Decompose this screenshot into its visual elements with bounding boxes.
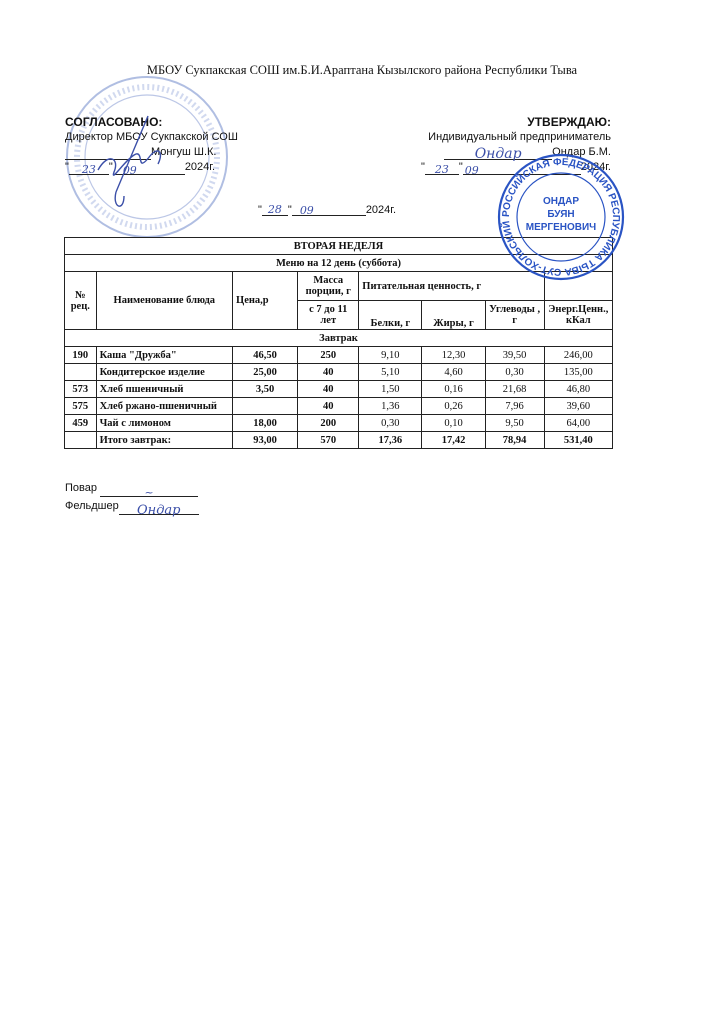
cell-fat: 0,10 <box>422 415 485 432</box>
cook-label: Повар <box>65 482 97 494</box>
cell-fat: 0,26 <box>422 398 485 415</box>
approval-right-name: Ондар Б.М. <box>552 146 611 158</box>
header-energy: Энерг.Ценн., кКал <box>544 301 612 330</box>
header-carbs: Углеводы , г <box>485 301 544 330</box>
cell-name: Хлеб пшеничный <box>96 381 232 398</box>
menu-date-year: 2024г. <box>366 204 396 216</box>
menu-rows: 190Каша "Дружба"46,502509,1012,3039,5024… <box>65 347 613 449</box>
total-row: Итого завтрак:93,0057017,3617,4278,94531… <box>65 432 613 449</box>
cell-energy: 246,00 <box>544 347 612 364</box>
approval-right-signature: Ондар <box>444 147 552 160</box>
approval-right: УТВЕРЖДАЮ: Индивидуальный предпринимател… <box>395 115 611 175</box>
cell-mass: 40 <box>298 398 359 415</box>
stamp-line-3: МЕРГЕНОВИЧ <box>526 222 596 233</box>
cell-price: 18,00 <box>233 415 298 432</box>
approval-right-day: 23 <box>425 162 459 175</box>
approval-right-position: Индивидуальный предприниматель <box>395 130 611 145</box>
medic-label: Фельдшер <box>65 500 119 512</box>
table-row: Кондитерское изделие25,00405,104,600,301… <box>65 364 613 381</box>
cell-no <box>65 432 97 449</box>
cell-mass: 200 <box>298 415 359 432</box>
cell-mass: 570 <box>298 432 359 449</box>
cell-price: 93,00 <box>233 432 298 449</box>
header-dish-name: Наименование блюда <box>96 272 232 330</box>
menu-table: ВТОРАЯ НЕДЕЛЯ Меню на 12 день (суббота) … <box>64 237 613 449</box>
footer-signatures: Повар ~ ФельдшерОндар <box>65 479 199 515</box>
cell-price: 46,50 <box>233 347 298 364</box>
cell-name: Кондитерское изделие <box>96 364 232 381</box>
cell-carbs: 0,30 <box>485 364 544 381</box>
medic-signature: Ондар <box>119 502 199 515</box>
cell-name: Хлеб ржано-пшеничный <box>96 398 232 415</box>
cell-name: Чай с лимоном <box>96 415 232 432</box>
menu-date-day: 28 <box>262 203 288 216</box>
cook-signature: ~ <box>100 484 198 497</box>
cell-protein: 0,30 <box>359 415 422 432</box>
cell-name: Итого завтрак: <box>96 432 232 449</box>
cell-protein: 17,36 <box>359 432 422 449</box>
week-title: ВТОРАЯ НЕДЕЛЯ <box>65 238 613 255</box>
cell-protein: 1,50 <box>359 381 422 398</box>
header-age: с 7 до 11 лет <box>298 301 359 330</box>
approval-right-month: 09 <box>463 163 581 175</box>
table-row: 575Хлеб ржано-пшеничный401,360,267,9639,… <box>65 398 613 415</box>
header-recipe-no: № рец. <box>65 272 97 330</box>
cell-carbs: 39,50 <box>485 347 544 364</box>
cell-energy: 135,00 <box>544 364 612 381</box>
menu-date-month: 09 <box>292 204 366 216</box>
cell-fat: 4,60 <box>422 364 485 381</box>
cell-energy: 46,80 <box>544 381 612 398</box>
menu-day-title: Меню на 12 день (суббота) <box>65 255 613 272</box>
cell-no: 459 <box>65 415 97 432</box>
approval-right-title: УТВЕРЖДАЮ: <box>395 115 611 130</box>
cell-protein: 1,36 <box>359 398 422 415</box>
cell-fat: 0,16 <box>422 381 485 398</box>
cell-mass: 40 <box>298 381 359 398</box>
cell-no: 573 <box>65 381 97 398</box>
header-empty <box>544 272 612 301</box>
cell-fat: 17,42 <box>422 432 485 449</box>
header-price: Цена,р <box>233 272 298 330</box>
header-nutrition: Питательная ценность, г <box>359 272 544 301</box>
table-row: 459Чай с лимоном18,002000,300,109,5064,0… <box>65 415 613 432</box>
cell-carbs: 7,96 <box>485 398 544 415</box>
cell-fat: 12,30 <box>422 347 485 364</box>
cell-energy: 39,60 <box>544 398 612 415</box>
table-row: 190Каша "Дружба"46,502509,1012,3039,5024… <box>65 347 613 364</box>
header-fat: Жиры, г <box>422 301 485 330</box>
approval-left-year: 2024г. <box>185 161 215 173</box>
organization-title: МБОУ Сукпакская СОШ им.Б.И.Араптана Кызы… <box>0 63 724 78</box>
header-protein: Белки, г <box>359 301 422 330</box>
cell-name: Каша "Дружба" <box>96 347 232 364</box>
cell-price: 25,00 <box>233 364 298 381</box>
cell-no: 190 <box>65 347 97 364</box>
director-signature <box>78 112 188 222</box>
cell-protein: 5,10 <box>359 364 422 381</box>
cell-carbs: 21,68 <box>485 381 544 398</box>
header-portion-mass: Масса порции, г <box>298 272 359 301</box>
cell-no: 575 <box>65 398 97 415</box>
cell-mass: 40 <box>298 364 359 381</box>
cell-energy: 531,40 <box>544 432 612 449</box>
stamp-line-2: БУЯН <box>547 209 574 220</box>
cell-protein: 9,10 <box>359 347 422 364</box>
table-row: 573Хлеб пшеничный3,50401,500,1621,6846,8… <box>65 381 613 398</box>
cell-price: 3,50 <box>233 381 298 398</box>
cell-carbs: 9,50 <box>485 415 544 432</box>
cell-mass: 250 <box>298 347 359 364</box>
cell-energy: 64,00 <box>544 415 612 432</box>
approval-right-year: 2024г. <box>581 161 611 173</box>
menu-date: "28"092024г. <box>258 203 396 216</box>
cell-no <box>65 364 97 381</box>
section-breakfast: Завтрак <box>65 330 613 347</box>
cell-price <box>233 398 298 415</box>
cell-carbs: 78,94 <box>485 432 544 449</box>
stamp-line-1: ОНДАР <box>543 196 579 207</box>
